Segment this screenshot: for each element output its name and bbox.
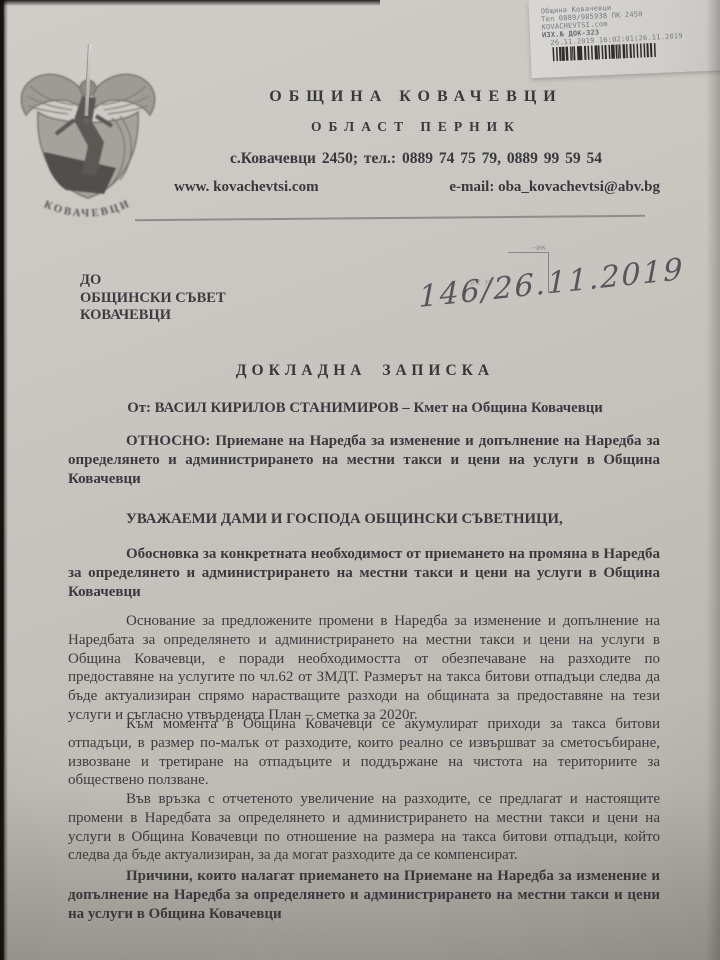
memo-paragraph-3: Във връзка с отчетеното увеличение на ра… — [68, 790, 660, 865]
registry-stamp-slip: Община Ковачевци Тел 0889/985938 ПК 2450… — [528, 0, 720, 78]
letterhead-municipality: ОБЩИНА КОВАЧЕВЦИ — [170, 88, 662, 106]
recipient-to: ДО — [80, 272, 226, 290]
memo-paragraph-2: Към момента в Община Ковачевци се акумул… — [68, 715, 660, 790]
handwritten-registration-number: 146/26.11.2019 — [419, 252, 685, 315]
photo-edge-top — [0, 0, 380, 6]
photo-edge-right — [706, 0, 720, 960]
svg-text:КОВАЧЕВЦИ: КОВАЧЕВЦИ — [42, 197, 133, 219]
faint-stamp-fragment: ВХ № — [470, 279, 493, 287]
memo-subject: ОТНОСНО: Приемане на Наредба за изменени… — [68, 432, 660, 488]
recipient-council: ОБЩИНСКИ СЪВЕТ — [80, 290, 226, 308]
photo-edge-left — [0, 0, 8, 960]
letterhead: ОБЩИНА КОВАЧЕВЦИ ОБЛАСТ ПЕРНИК с.Ковачев… — [170, 88, 662, 196]
header-divider — [135, 215, 645, 221]
memo-subject-label: ОТНОСНО: — [126, 433, 210, 449]
letterhead-website: www. kovachevtsi.com — [174, 179, 319, 196]
memo-reasons-heading: Причини, които налагат приемането на При… — [68, 867, 660, 923]
barcode — [552, 43, 656, 61]
memo-salutation: УВАЖАЕМИ ДАМИ И ГОСПОДА ОБЩИНСКИ СЪВЕТНИ… — [126, 511, 563, 528]
faint-stamp-fragment: -ик — [533, 243, 546, 252]
recipient-block: ДО ОБЩИНСКИ СЪВЕТ КОВАЧЕВЦИ — [80, 272, 226, 325]
recipient-municipality: КОВАЧЕВЦИ — [80, 307, 226, 325]
faint-stamp-outline: -ик ВХ № — [508, 252, 549, 293]
document-content: Община Ковачевци Тел 0889/985938 ПК 2450… — [0, 0, 720, 960]
letterhead-email: e-mail: oba_kovachevtsi@abv.bg — [449, 179, 660, 196]
memo-justification-heading: Обосновка за конкретната необходимост от… — [68, 545, 660, 601]
registry-stamp-text: Община Ковачевци Тел 0889/985938 ПК 2450… — [541, 0, 683, 47]
memo-title: ДОКЛАДНА ЗАПИСКА — [68, 362, 662, 380]
memo-paragraph-1: Основание за предложените промени в Наре… — [68, 612, 660, 725]
logo-caption: КОВАЧЕВЦИ — [42, 197, 133, 219]
memo-author-line: От: ВАСИЛ КИРИЛОВ СТАНИМИРОВ – Кмет на О… — [68, 400, 662, 417]
document-page: Община Ковачевци Тел 0889/985938 ПК 2450… — [0, 0, 720, 960]
letterhead-region: ОБЛАСТ ПЕРНИК — [170, 119, 662, 135]
letterhead-address-phone: с.Ковачевци 2450; тел.: 0889 74 75 79, 0… — [170, 150, 662, 168]
